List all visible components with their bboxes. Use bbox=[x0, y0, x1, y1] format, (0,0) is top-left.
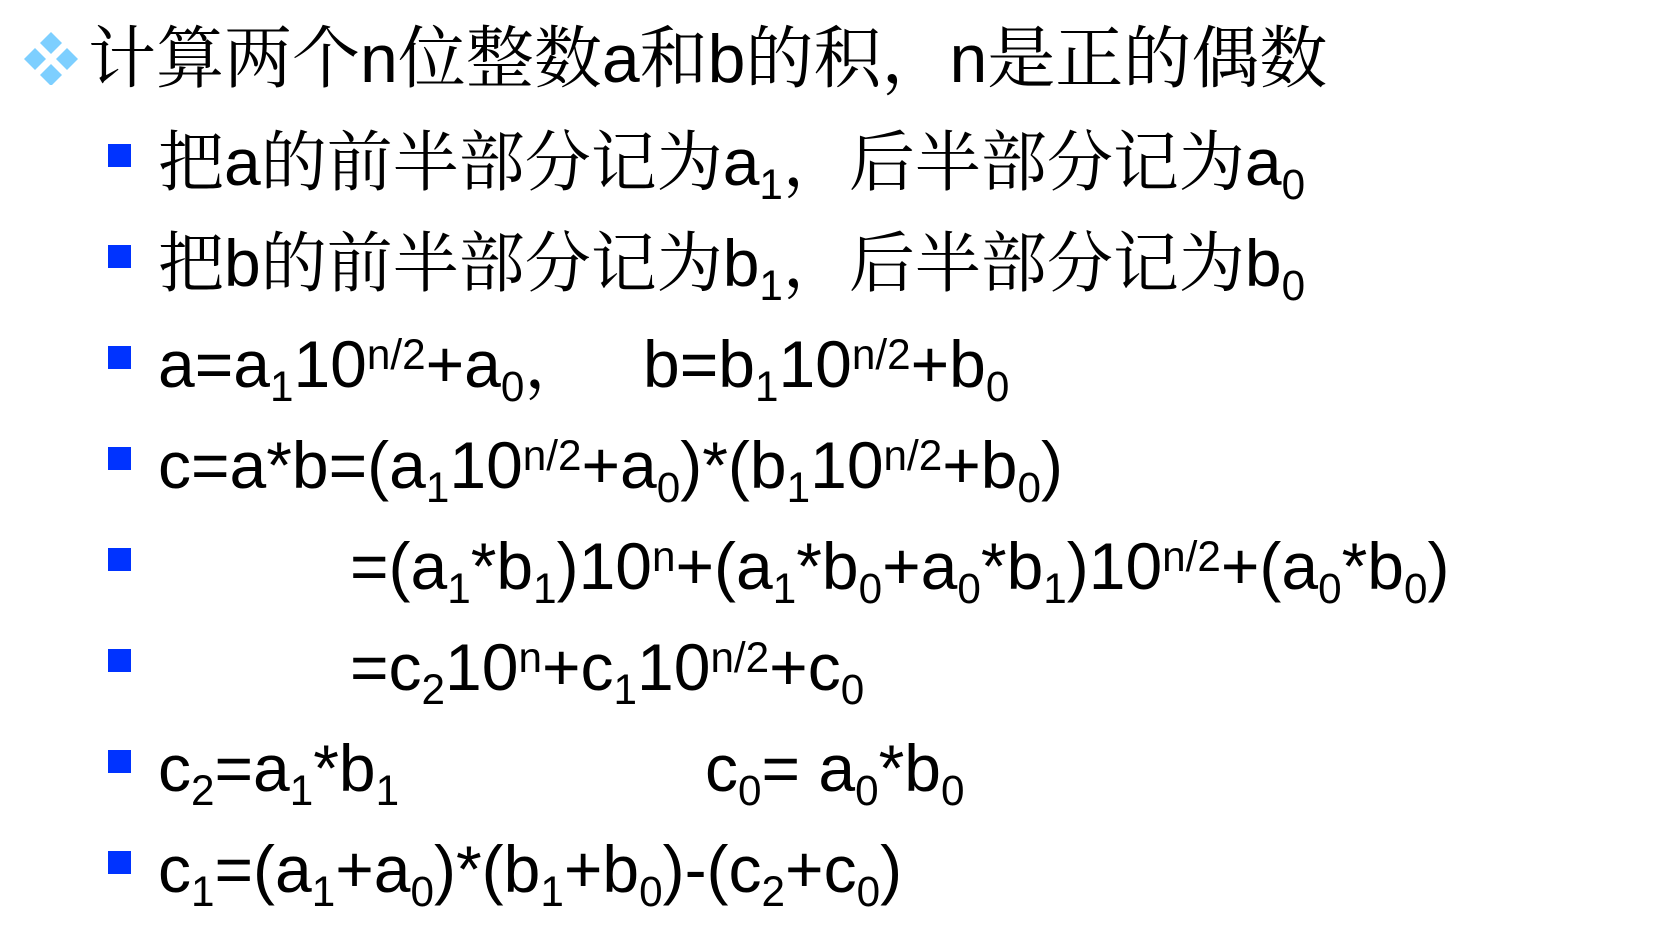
bullet-text: c2=a1*b1 bbox=[158, 735, 399, 801]
text-run: =(a bbox=[215, 832, 312, 906]
subscript: 0 bbox=[738, 767, 762, 814]
square-bullet-icon bbox=[108, 851, 131, 874]
text-run: = a bbox=[762, 731, 856, 805]
bullet-item: 把b的前半部分记为b1，后半部分记为b0 bbox=[0, 230, 1666, 296]
subscript: 0 bbox=[639, 868, 663, 915]
text-run: c bbox=[158, 731, 191, 805]
text-run: b=b bbox=[643, 327, 755, 401]
square-bullet-icon bbox=[108, 346, 131, 369]
square-bullet-icon bbox=[108, 750, 131, 773]
text-run: c bbox=[705, 731, 738, 805]
text-run: 把b的前半部分记为b bbox=[158, 226, 759, 300]
superscript: n/2 bbox=[1162, 533, 1221, 580]
text-run: )*(b bbox=[434, 832, 540, 906]
text-run: c bbox=[158, 832, 191, 906]
text-run: 10 bbox=[778, 327, 851, 401]
subscript: 0 bbox=[1018, 464, 1042, 511]
bullet-text: a=a110n/2+a0， bbox=[158, 331, 590, 397]
text-run: +a bbox=[882, 529, 957, 603]
text-run: ) bbox=[1428, 529, 1450, 603]
text-run: =a bbox=[215, 731, 290, 805]
superscript: n/2 bbox=[367, 331, 426, 378]
subscript: 0 bbox=[1318, 565, 1342, 612]
bullet-text: c=a*b=(a110n/2+a0)*(b110n/2+b0) bbox=[158, 432, 1063, 498]
text-run: *b bbox=[796, 529, 858, 603]
subscript: 0 bbox=[859, 565, 883, 612]
text-run: +b bbox=[942, 428, 1017, 502]
text-run: *b bbox=[879, 731, 941, 805]
subscript: 1 bbox=[191, 868, 215, 915]
subscript: 1 bbox=[290, 767, 314, 814]
subscript: 1 bbox=[270, 363, 294, 410]
text-run: 10 bbox=[449, 428, 522, 502]
superscript: n/2 bbox=[710, 634, 769, 681]
bullet-text: =c210n+c110n/2+c0 bbox=[350, 634, 864, 700]
superscript: n/2 bbox=[523, 432, 582, 479]
subscript: 0 bbox=[1282, 161, 1306, 208]
text-run: +c bbox=[785, 832, 857, 906]
subscript: 0 bbox=[1282, 262, 1306, 309]
subscript: 1 bbox=[376, 767, 400, 814]
text-run: *b bbox=[471, 529, 533, 603]
subscript: 0 bbox=[855, 767, 879, 814]
square-bullet-icon bbox=[108, 447, 131, 470]
bullet-text-second: b=b110n/2+b0 bbox=[643, 331, 1009, 397]
slide-title-row: 计算两个n位整数a和b的积，n是正的偶数 bbox=[0, 25, 1666, 93]
slide-title: 计算两个n位整数a和b的积，n是正的偶数 bbox=[88, 25, 1327, 93]
subscript: 0 bbox=[941, 767, 965, 814]
text-run: ) bbox=[880, 832, 902, 906]
bullet-item: 把a的前半部分记为a1，后半部分记为a0 bbox=[0, 129, 1666, 195]
subscript: 0 bbox=[410, 868, 434, 915]
subscript: 2 bbox=[762, 868, 786, 915]
square-bullet-icon bbox=[108, 649, 131, 672]
subscript: 1 bbox=[1043, 565, 1067, 612]
text-run: +a bbox=[426, 327, 501, 401]
text-run: +b bbox=[911, 327, 986, 401]
text-run: )*(b bbox=[680, 428, 786, 502]
subscript: 1 bbox=[447, 565, 471, 612]
bullet-item: c2=a1*b1 c0= a0*b0 bbox=[0, 735, 1666, 801]
subscript: 1 bbox=[533, 565, 557, 612]
text-run: )10 bbox=[557, 529, 652, 603]
text-run: ， bbox=[524, 327, 590, 401]
text-run: ，后半部分记为b bbox=[783, 226, 1282, 300]
text-run: =(a bbox=[350, 529, 447, 603]
text-run: a=a bbox=[158, 327, 270, 401]
square-bullet-icon bbox=[108, 144, 131, 167]
bullet-text: c1=(a1+a0)*(b1+b0)-(c2+c0) bbox=[158, 836, 902, 902]
superscript: n/2 bbox=[852, 331, 911, 378]
subscript: 1 bbox=[773, 565, 797, 612]
text-run: +b bbox=[564, 832, 639, 906]
bullet-item: c1=(a1+a0)*(b1+b0)-(c2+c0) bbox=[0, 836, 1666, 902]
bullet-text: 把b的前半部分记为b1，后半部分记为b0 bbox=[158, 230, 1305, 296]
square-bullet-icon bbox=[108, 245, 131, 268]
text-run: +c bbox=[542, 630, 614, 704]
text-run: 10 bbox=[637, 630, 710, 704]
text-run: ) bbox=[1041, 428, 1063, 502]
text-run: )-(c bbox=[663, 832, 762, 906]
bullet-text-second: c0= a0*b0 bbox=[705, 735, 964, 801]
subscript: 1 bbox=[312, 868, 336, 915]
text-run: )10 bbox=[1067, 529, 1162, 603]
bullet-item: a=a110n/2+a0， b=b110n/2+b0 bbox=[0, 331, 1666, 397]
subscript: 2 bbox=[191, 767, 215, 814]
text-run: 把a的前半部分记为a bbox=[158, 125, 759, 199]
subscript: 0 bbox=[1404, 565, 1428, 612]
bullet-item: c=a*b=(a110n/2+a0)*(b110n/2+b0) bbox=[0, 432, 1666, 498]
square-bullet-icon bbox=[108, 548, 131, 571]
diamond-cluster-icon bbox=[22, 27, 80, 85]
subscript: 2 bbox=[422, 666, 446, 713]
text-run: +(a bbox=[676, 529, 773, 603]
superscript: n bbox=[652, 533, 676, 580]
text-run: 10 bbox=[293, 327, 366, 401]
subscript: 1 bbox=[426, 464, 450, 511]
text-run: +a bbox=[335, 832, 410, 906]
superscript: n/2 bbox=[884, 432, 943, 479]
bullet-item: =(a1*b1)10n+(a1*b0+a0*b1)10n/2+(a0*b0) bbox=[0, 533, 1666, 599]
text-run: 10 bbox=[445, 630, 518, 704]
subscript: 1 bbox=[759, 262, 783, 309]
subscript: 0 bbox=[857, 868, 881, 915]
text-run: c=a*b=(a bbox=[158, 428, 426, 502]
subscript: 1 bbox=[540, 868, 564, 915]
text-run: 10 bbox=[810, 428, 883, 502]
subscript: 1 bbox=[755, 363, 779, 410]
subscript: 0 bbox=[501, 363, 525, 410]
subscript: 1 bbox=[759, 161, 783, 208]
subscript: 0 bbox=[986, 363, 1010, 410]
slide: 计算两个n位整数a和b的积，n是正的偶数 把a的前半部分记为a1，后半部分记为a… bbox=[0, 0, 1666, 926]
subscript: 0 bbox=[657, 464, 681, 511]
subscript: 0 bbox=[841, 666, 865, 713]
text-run: *b bbox=[981, 529, 1043, 603]
text-run: ，后半部分记为a bbox=[783, 125, 1282, 199]
text-run: *b bbox=[1342, 529, 1404, 603]
superscript: n bbox=[518, 634, 542, 681]
subscript: 1 bbox=[614, 666, 638, 713]
text-run: =c bbox=[350, 630, 422, 704]
subscript: 0 bbox=[957, 565, 981, 612]
text-run: *b bbox=[313, 731, 375, 805]
subscript: 1 bbox=[787, 464, 811, 511]
text-run: +(a bbox=[1221, 529, 1318, 603]
bullet-text: =(a1*b1)10n+(a1*b0+a0*b1)10n/2+(a0*b0) bbox=[350, 533, 1450, 599]
text-run: +c bbox=[769, 630, 841, 704]
bullet-item: =c210n+c110n/2+c0 bbox=[0, 634, 1666, 700]
text-run: +a bbox=[582, 428, 657, 502]
bullet-text: 把a的前半部分记为a1，后半部分记为a0 bbox=[158, 129, 1305, 195]
